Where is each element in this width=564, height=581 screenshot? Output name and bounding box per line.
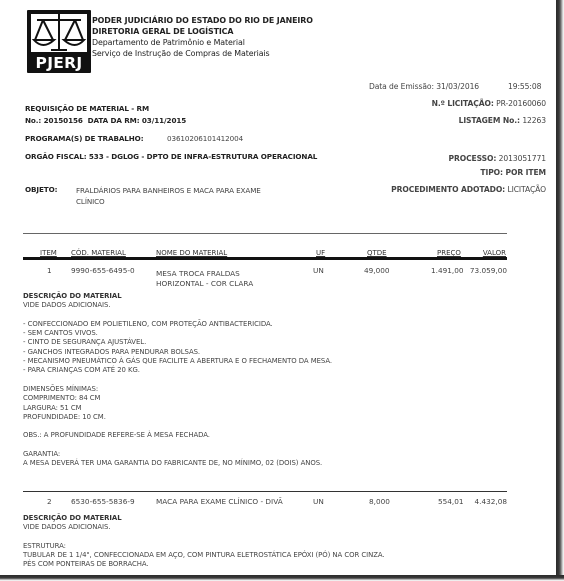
description-line xyxy=(23,441,332,450)
emission-time: 19:55:08 xyxy=(508,82,541,91)
description-line: ESTRUTURA: xyxy=(23,542,385,551)
row-code: 9990-655-6495-0 xyxy=(71,266,135,276)
header-line-3: Departamento de Patrimônio e Material xyxy=(92,37,313,48)
row-name-line: HORIZONTAL - COR CLARA xyxy=(156,279,253,289)
objeto-line-1: FRALDÁRIOS PARA BANHEIROS E MACA PARA EX… xyxy=(76,185,261,196)
procedimento: PROCEDIMENTO ADOTADO: LICITAÇÃO xyxy=(391,185,546,194)
description-line xyxy=(23,533,385,542)
row-preco: 554,01 xyxy=(438,497,464,507)
description-line: - GANCHOS INTEGRADOS PARA PENDURAR BOLSA… xyxy=(23,348,332,357)
requisicao-date: 03/11/2015 xyxy=(142,116,186,125)
row-item: 2 xyxy=(47,497,52,507)
licitacao-number: N.º LICITAÇÃO: PR-20160060 xyxy=(432,99,546,108)
programa-label: PROGRAMA(S) DE TRABALHO: xyxy=(25,134,143,143)
header-line-1: PODER JUDICIÁRIO DO ESTADO DO RIO DE JAN… xyxy=(92,15,313,26)
emission-date-label: Data de Emissão: xyxy=(369,82,434,91)
requisicao-number-line: No.: 20150156 DATA DA RM: 03/11/2015 xyxy=(25,116,186,125)
listagem-value: 12263 xyxy=(522,116,546,125)
description-line: DIMENSÕES MÍNIMAS: xyxy=(23,385,332,394)
row-divider xyxy=(23,491,507,492)
description-line: PROFUNDIDADE: 10 CM. xyxy=(23,413,332,422)
tipo-value: POR ITEM xyxy=(506,168,546,177)
licitacao-value: PR-20160060 xyxy=(496,99,546,108)
licitacao-label: N.º LICITAÇÃO: xyxy=(432,99,494,108)
listagem-label: LISTAGEM No.: xyxy=(459,116,520,125)
processo-value: 2013051771 xyxy=(499,154,546,163)
row-name: MACA PARA EXAME CLÍNICO - DIVÃ xyxy=(156,497,283,507)
tipo-label: TIPO: xyxy=(480,168,503,177)
row-qtde: 49,000 xyxy=(364,266,390,276)
row-uf: UN xyxy=(313,497,324,507)
description-line: OBS.: A PROFUNDIDADE REFERE-SE À MESA FE… xyxy=(23,431,332,440)
description-line: LARGURA: 51 CM xyxy=(23,404,332,413)
row-description: DESCRIÇÃO DO MATERIALVIDE DADOS ADICIONA… xyxy=(23,514,385,570)
page-shadow-right xyxy=(556,0,564,581)
document-page: PJERJ PODER JUDICIÁRIO DO ESTADO DO RIO … xyxy=(0,0,556,575)
description-line: - PARA CRIANÇAS COM ATÉ 20 KG. xyxy=(23,366,332,375)
col-header-name: NOME DO MATERIAL xyxy=(156,249,227,257)
header-rule xyxy=(23,257,507,260)
processo-label: PROCESSO: xyxy=(449,154,497,163)
row-name: MESA TROCA FRALDAS HORIZONTAL - COR CLAR… xyxy=(156,269,253,289)
description-line: A MESA DEVERÁ TER UMA GARANTIA DO FABRIC… xyxy=(23,459,332,468)
section-divider xyxy=(23,233,507,234)
header-line-2: DIRETORIA GERAL DE LOGÍSTICA xyxy=(92,26,313,37)
row-valor: 4.432,08 xyxy=(475,497,508,507)
tipo: TIPO: POR ITEM xyxy=(480,168,546,177)
description-line: VIDE DADOS ADICIONAIS. xyxy=(23,523,385,532)
logo-text: PJERJ xyxy=(27,54,91,72)
requisicao-date-label: DATA DA RM: xyxy=(88,116,140,125)
requisicao-number: 20150156 xyxy=(44,116,83,125)
col-header-valor: VALOR xyxy=(483,249,506,257)
description-line: PÉS COM PONTEIRAS DE BORRACHA. xyxy=(23,560,385,569)
row-qtde: 8,000 xyxy=(369,497,390,507)
col-header-preco: PREÇO xyxy=(437,249,461,257)
header-line-4: Serviço de Instrução de Compras de Mater… xyxy=(92,48,313,59)
col-header-uf: UF xyxy=(316,249,325,257)
description-line: - CONFECCIONADO EM POLIETILENO, COM PROT… xyxy=(23,320,332,329)
objeto-line-2: CLÍNICO xyxy=(76,196,261,207)
description-line: - CINTO DE SEGURANÇA AJUSTÁVEL. xyxy=(23,338,332,347)
col-header-qtde: QTDE xyxy=(367,249,387,257)
programa-value: 03610206101412004 xyxy=(167,134,243,143)
description-line xyxy=(23,376,332,385)
description-line xyxy=(23,311,332,320)
row-uf: UN xyxy=(313,266,324,276)
orgao-fiscal: ORGÃO FISCAL: 533 - DGLOG - DPTO DE INFR… xyxy=(25,152,317,161)
row-description: DESCRIÇÃO DO MATERIALVIDE DADOS ADICIONA… xyxy=(23,292,332,469)
description-line: DESCRIÇÃO DO MATERIAL xyxy=(23,292,332,301)
listagem-number: LISTAGEM No.: 12263 xyxy=(459,116,546,125)
row-name-line: MESA TROCA FRALDAS xyxy=(156,269,253,279)
orgao-value: 533 - DGLOG - DPTO DE INFRA-ESTRUTURA OP… xyxy=(89,152,317,161)
col-header-item: ITEM xyxy=(40,249,57,257)
objeto-label: OBJETO: xyxy=(25,185,57,194)
description-line: VIDE DADOS ADICIONAIS. xyxy=(23,301,332,310)
emission-date-value: 31/03/2016 xyxy=(436,82,479,91)
procedimento-value: LICITAÇÃO xyxy=(507,185,546,194)
description-line: DESCRIÇÃO DO MATERIAL xyxy=(23,514,385,523)
orgao-label: ORGÃO FISCAL: xyxy=(25,152,86,161)
row-preco: 1.491,00 xyxy=(431,266,464,276)
procedimento-label: PROCEDIMENTO ADOTADO: xyxy=(391,185,505,194)
processo: PROCESSO: 2013051771 xyxy=(449,154,546,163)
description-line: - MECANISMO PNEUMÁTICO À GÁS QUE FACILIT… xyxy=(23,357,332,366)
col-header-code: CÓD. MATERIAL xyxy=(71,249,126,257)
pjerj-logo: PJERJ xyxy=(27,10,91,73)
scales-of-justice-icon xyxy=(31,14,87,52)
page-shadow-bottom xyxy=(0,575,564,581)
row-valor: 73.059,00 xyxy=(470,266,507,276)
requisicao-number-label: No.: xyxy=(25,116,41,125)
requisicao-title: REQUISIÇÃO DE MATERIAL - RM xyxy=(25,104,149,113)
description-line: GARANTIA: xyxy=(23,450,332,459)
objeto-value: FRALDÁRIOS PARA BANHEIROS E MACA PARA EX… xyxy=(76,185,261,207)
row-item: 1 xyxy=(47,266,52,276)
row-code: 6530-655-5836-9 xyxy=(71,497,135,507)
institution-header: PODER JUDICIÁRIO DO ESTADO DO RIO DE JAN… xyxy=(92,15,313,59)
description-line: COMPRIMENTO: 84 CM xyxy=(23,394,332,403)
emission-date: Data de Emissão: 31/03/2016 xyxy=(369,82,479,91)
